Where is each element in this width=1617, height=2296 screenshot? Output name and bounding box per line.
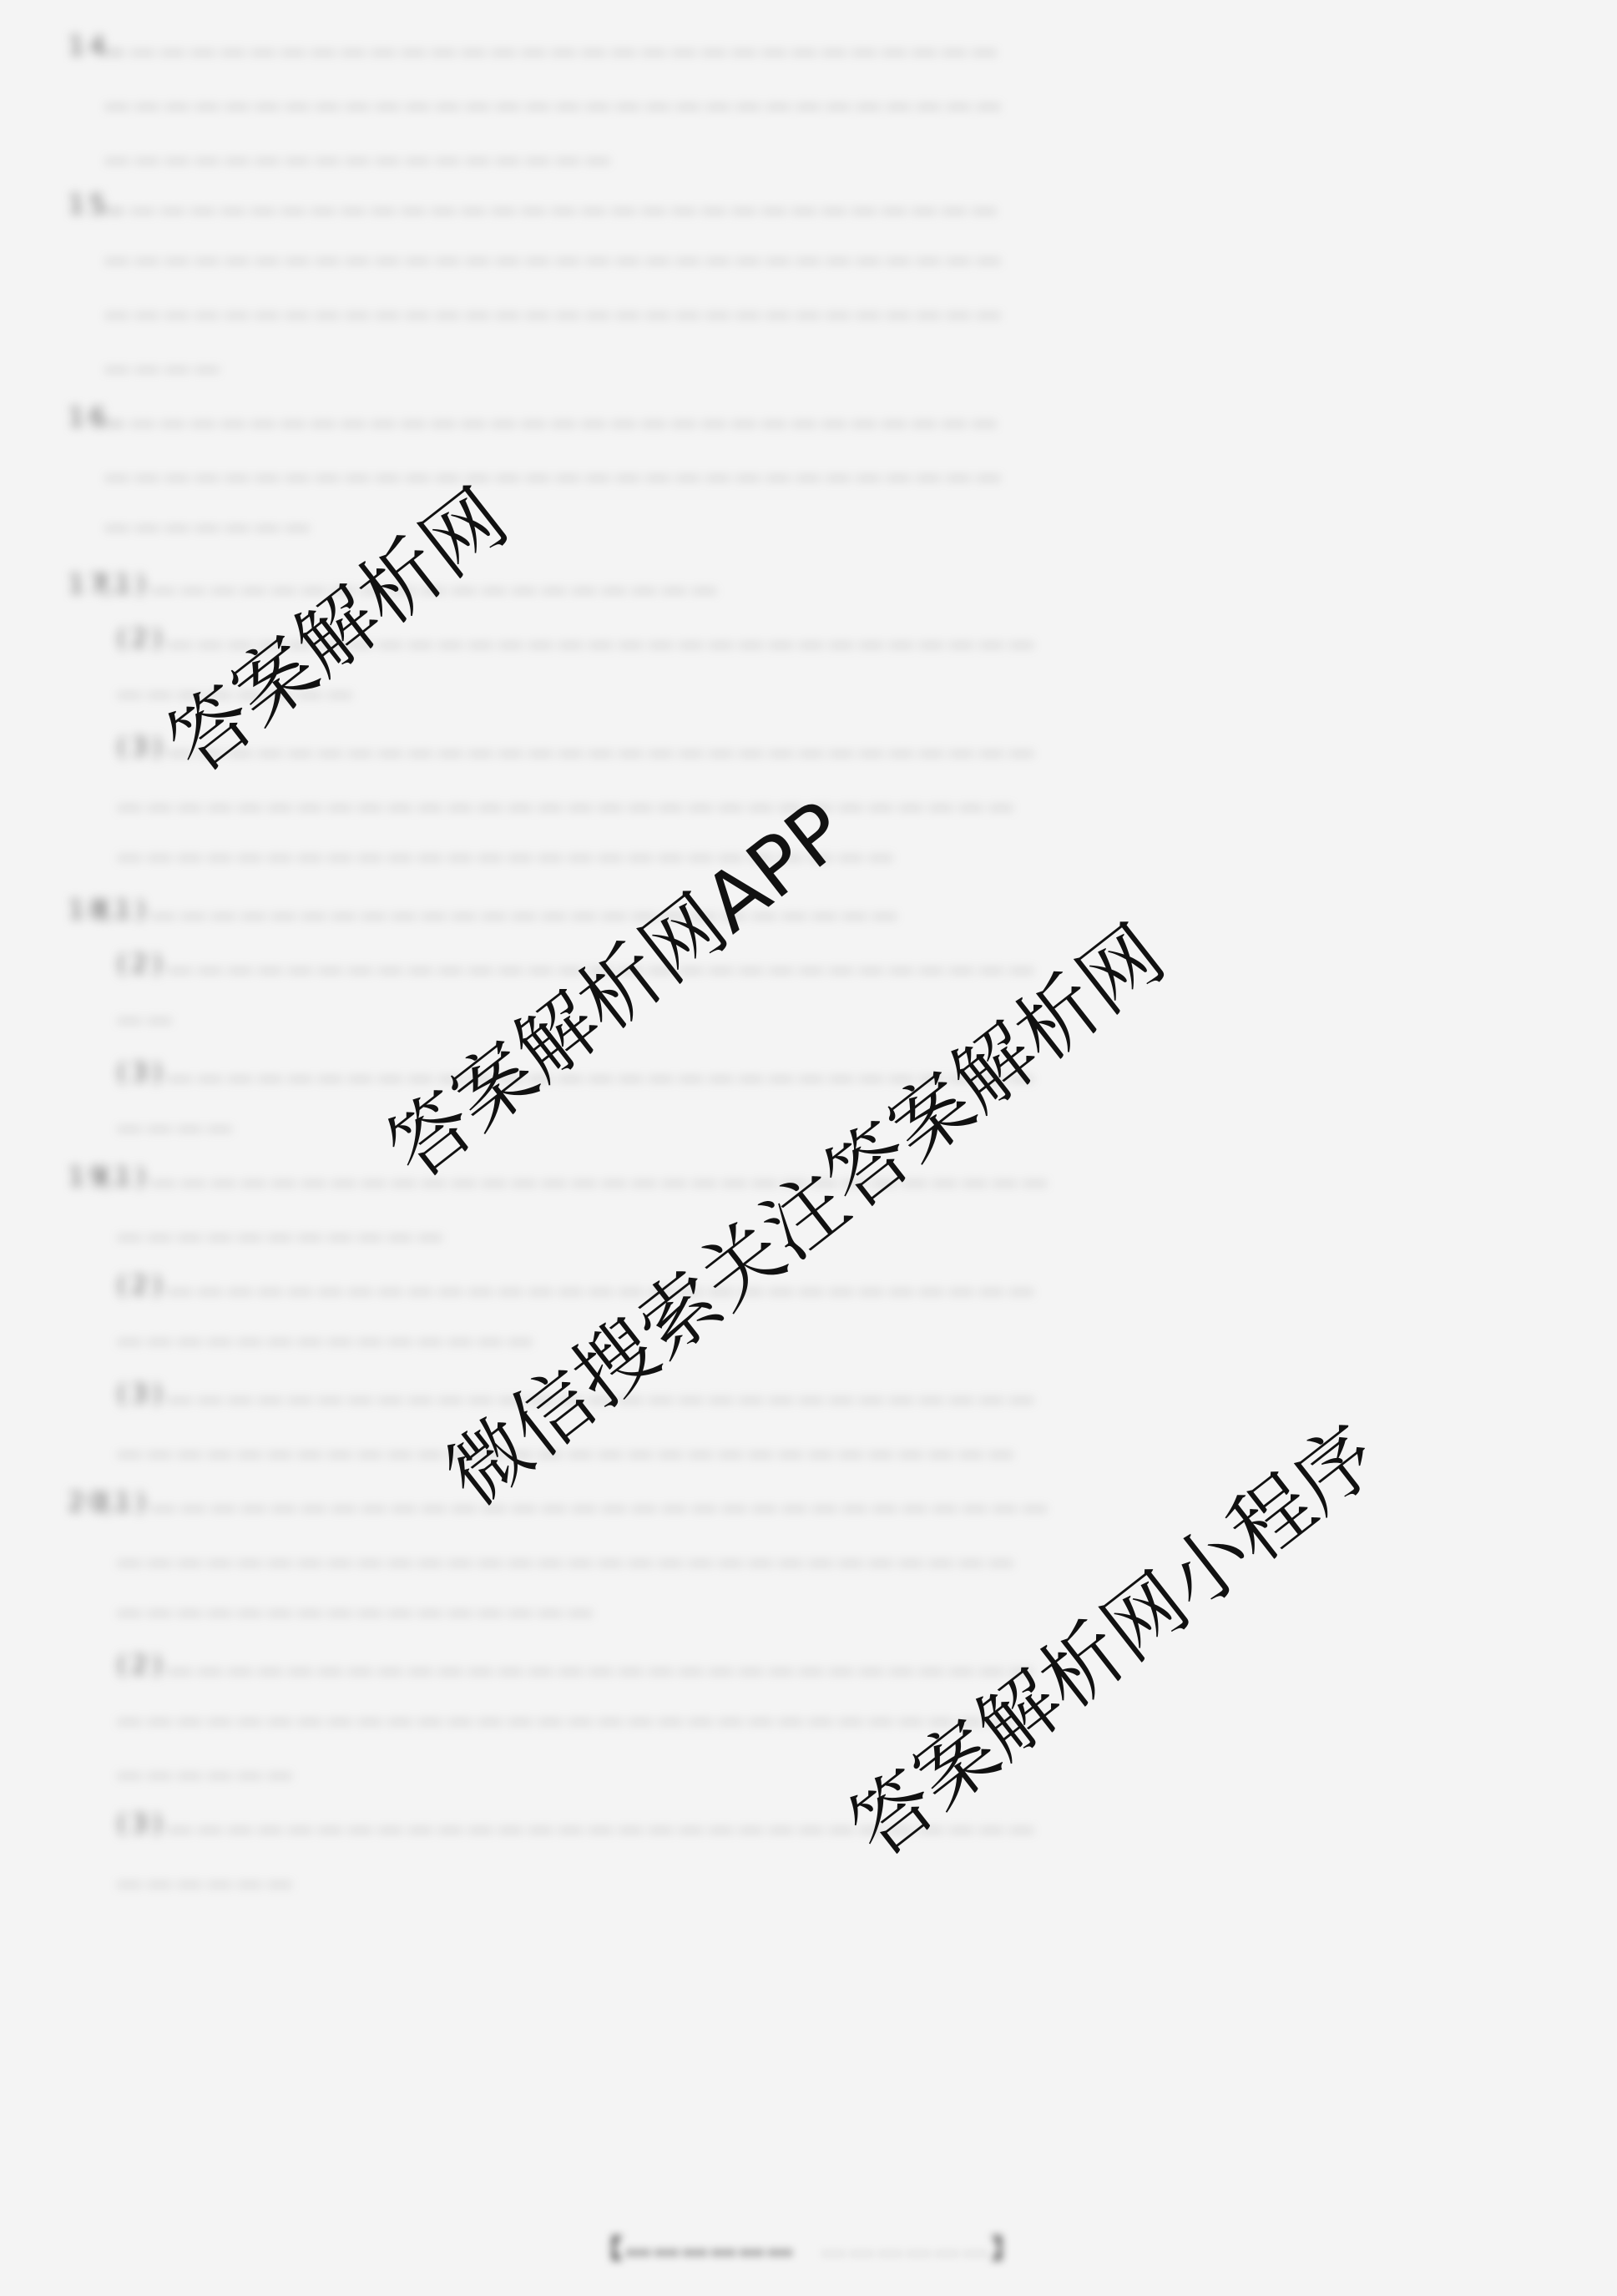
answer-text: ……………………………………………………………………………… <box>100 190 1553 220</box>
footer-left-bracket: 【 <box>598 2228 626 2265</box>
answer-text: ……………… <box>117 1755 484 1784</box>
answer-text: (3)…………………………………………………………………………… <box>117 1058 1553 1087</box>
answer-line: …………………………………………… <box>0 138 1617 171</box>
answer-line: ………………………………………… <box>0 1590 1617 1623</box>
answer-line: ……………………………………………………………………………… <box>0 83 1617 117</box>
answer-text: ……………………………………………………………………………… <box>104 240 1553 270</box>
answer-text: ……………………………………………………………………………… <box>117 787 1553 816</box>
answer-line: 16.……………………………………………………………………………… <box>0 401 1617 434</box>
answer-line: (2)…………………………………………………………………………… <box>0 1648 1617 1682</box>
answer-text: (1)………………………………………………… <box>100 570 1069 599</box>
answer-line: ……………………………………………………………………………… <box>0 238 1617 271</box>
answer-text: ………………………………………… <box>117 1592 1002 1622</box>
footer-page-info: ……………… <box>821 2233 992 2262</box>
answer-line: ……………… <box>0 1753 1617 1786</box>
answer-line: …… <box>0 997 1617 1031</box>
answer-text: ……………………………………………………………………………… <box>104 457 1553 487</box>
watermark-text: 答案解析网小程序 <box>822 1394 1398 1879</box>
footer-right-bracket: 】 <box>992 2228 1020 2265</box>
answer-text: …………………………… <box>117 1217 710 1246</box>
footer-title: ……………… <box>626 2233 796 2262</box>
answer-text: ……………………………………………………………………………… <box>117 1542 1553 1572</box>
answer-line: ……………………………………………………………………………… <box>0 1540 1617 1573</box>
answer-text: ……………………………………………………………………………… <box>117 1701 1553 1730</box>
answer-line: ……………………………………………………………………………… <box>0 1698 1617 1732</box>
answer-text: (2)…………………………………………………………………………… <box>117 1651 1553 1680</box>
answer-line: 17.(1)………………………………………………… <box>0 568 1617 601</box>
answer-line: ……………………………………………………………………………… <box>0 455 1617 488</box>
answer-line: ……………… <box>0 1861 1617 1895</box>
answer-text: (3)…………………………………………………………………………… <box>117 1809 1553 1839</box>
answer-text: ………… <box>117 1108 384 1138</box>
page-footer: 【 ……………… ……………… 】 <box>0 2228 1617 2265</box>
answer-text: (2)…………………………………………………………………………… <box>117 950 1553 979</box>
answer-line: (3)…………………………………………………………………………… <box>0 1056 1617 1089</box>
answer-line: ……………………………………………………………………………… <box>0 292 1617 325</box>
answer-text: …………………………………………… <box>104 140 889 169</box>
answer-text: ……………………………………………………………………………… <box>100 32 1553 61</box>
answer-text: ……………… <box>117 1864 501 1893</box>
answer-line: 15.……………………………………………………………………………… <box>0 188 1617 221</box>
document-page: 14.…………………………………………………………………………………………………… <box>0 0 1617 2296</box>
answer-text: …………………………………… <box>117 1321 868 1350</box>
answer-line: ………………… <box>0 505 1617 538</box>
answer-text: …… <box>117 1000 250 1029</box>
answer-line: (3)…………………………………………………………………………… <box>0 1377 1617 1410</box>
answer-text: ……………………………………………………………………………… <box>104 86 1553 115</box>
answer-text: ………… <box>104 349 313 378</box>
answer-text: (2)…………………………………………………………………………… <box>117 1271 1553 1300</box>
answer-text: (3)…………………………………………………………………………… <box>117 733 1553 762</box>
answer-line: ………… <box>0 346 1617 380</box>
answer-line: …………………………………… <box>0 1319 1617 1352</box>
answer-line: 14.……………………………………………………………………………… <box>0 29 1617 63</box>
answer-line: (2)…………………………………………………………………………… <box>0 947 1617 981</box>
answer-text: ……………………………………………………………………………… <box>100 403 1553 432</box>
answer-text: ……………………………………………………………………………… <box>104 295 1553 324</box>
answer-text: (3)…………………………………………………………………………… <box>117 1380 1553 1409</box>
answer-line: (3)…………………………………………………………………………… <box>0 1807 1617 1840</box>
